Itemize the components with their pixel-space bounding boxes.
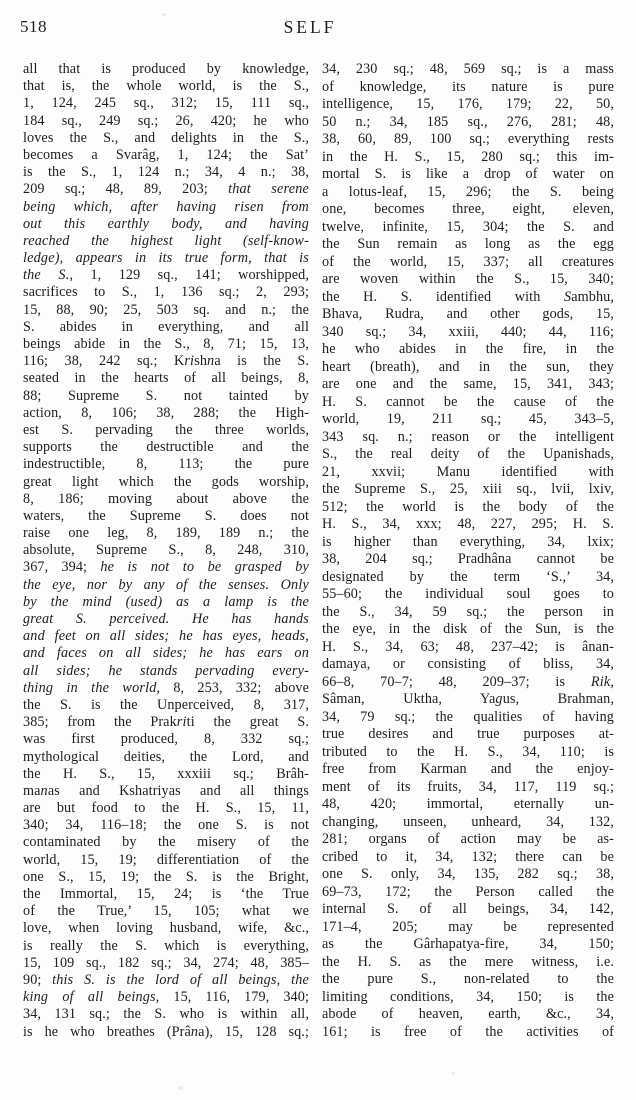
text-line: 66–8, 70–7; 48, 209–37; is Rik, (322, 674, 614, 692)
text-line: the pure S., non-related to the (322, 971, 614, 989)
text-line: abode of heaven, earth, &c., 34, (322, 1006, 614, 1024)
text-line: contaminated by the misery of the (23, 834, 309, 851)
text-line: 171–4, 205; may be represented (322, 919, 614, 937)
text-line: reached the highest light (self-know- (23, 233, 309, 250)
text-line: 385; from the Prakriti the great S. (23, 714, 309, 731)
text-line: a lotus-leaf, 15, 296; the S. being (322, 184, 614, 202)
text-line: intelligence, 15, 176, 179; 22, 50, (322, 96, 614, 114)
text-line: sacrifices to S., 1, 136 sq.; 2, 293; (23, 284, 309, 301)
text-line: 34, 131 sq.; the S. who is within all, (23, 1006, 309, 1023)
text-line: the S. is the Unperceived, 8, 317, (23, 697, 309, 714)
text-line: 161; is free of the activities of (322, 1024, 614, 1042)
text-line: was first produced, 8, 332 sq.; (23, 731, 309, 748)
text-line: 184 sq., 249 sq.; 26, 420; he who (23, 113, 309, 130)
text-line: action, 8, 106; 38, 288; the High- (23, 405, 309, 422)
text-line: raise one leg, 8, 189, 189 n.; the (23, 525, 309, 542)
text-line: 38, 60, 89, 100 sq.; everything rests (322, 131, 614, 149)
text-line: Bhava, Rudra, and other gods, 15, (322, 306, 614, 324)
text-line: king of all beings, 15, 116, 179, 340; (23, 989, 309, 1006)
text-line: limiting conditions, 34, 150; is the (322, 989, 614, 1007)
text-line: 21, xxvii; Manu identified with (322, 464, 614, 482)
text-line: 8, 186; moving about above the (23, 491, 309, 508)
text-line: 48, 420; immortal, eternally un- (322, 796, 614, 814)
text-line: the H. S. identified with Sambhu, (322, 289, 614, 307)
text-line: ledge), appears in its true form, that i… (23, 250, 309, 267)
text-line: 209 sq.; 48, 89, 203; that serene (23, 181, 309, 198)
text-line: free from Karman and the enjoy- (322, 761, 614, 779)
book-page: 518 SELF all that is produced by knowled… (0, 0, 636, 1100)
text-line: of the world, 15, 337; all creatures (322, 254, 614, 272)
text-line: all that is produced by knowledge, (23, 61, 309, 78)
text-line: 512; the world is the body of the (322, 499, 614, 517)
text-line: 1, 124, 245 sq., 312; 15, 111 sq., (23, 95, 309, 112)
text-line: the Immortal, 15, 24; is ‘the True (23, 886, 309, 903)
text-line: are but food to the H. S., 15, 11, (23, 800, 309, 817)
text-line: is really the S. which is everything, (23, 938, 309, 955)
text-line: 116; 38, 242 sq.; Krishna is the S. (23, 353, 309, 370)
text-line: S. abides in everything, and all (23, 319, 309, 336)
text-line: indestructible, 8, 113; the pure (23, 456, 309, 473)
text-line: 367, 394; he is not to be grasped by (23, 559, 309, 576)
text-line: heart (breath), and in the sun, they (322, 359, 614, 377)
text-line: 34, 230 sq.; 48, 569 sq.; is a mass (322, 61, 614, 79)
text-line: seated in the hearts of all beings, 8, (23, 370, 309, 387)
text-line: the H. S. as the mere witness, i.e. (322, 954, 614, 972)
text-line: 281; organs of action may be as- (322, 831, 614, 849)
text-line: are woven within the S., 15, 340; (322, 271, 614, 289)
text-line: internal S. of all beings, 34, 142, (322, 901, 614, 919)
text-line: becomes a Svarâg, 1, 124; the Sat’ (23, 147, 309, 164)
text-line: he who abides in the fire, in the (322, 341, 614, 359)
text-line: one S. only, 34, 135, 282 sq.; 38, (322, 866, 614, 884)
text-line: 343 sq. n.; reason or the intelligent (322, 429, 614, 447)
text-line: in the H. S., 15, 280 sq.; this im- (322, 149, 614, 167)
text-line: 50 n.; 34, 185 sq., 276, 281; 48, (322, 114, 614, 132)
text-line: out this earthly body, and having (23, 216, 309, 233)
left-column: all that is produced by knowledge,that i… (23, 61, 309, 1041)
text-line: is higher than everything, 34, lxix; (322, 534, 614, 552)
text-line: is the S., 1, 124 n.; 34, 4 n.; 38, (23, 164, 309, 181)
text-line: H. S., 34, 63; 48, 237–42; is ânan- (322, 639, 614, 657)
text-line: 340 sq.; 34, xxiii, 440; 44, 116; (322, 324, 614, 342)
text-line: the S., 1, 129 sq., 141; worshipped, (23, 267, 309, 284)
text-line: love, when loving husband, wife, &c., (23, 920, 309, 937)
text-line: as the Gârhapatya-fire, 34, 150; (322, 936, 614, 954)
text-line: S., the real deity of the Upanishads, (322, 446, 614, 464)
text-line: 88; Supreme S. not tainted by (23, 388, 309, 405)
text-line: by the mind (used) as a lamp is the (23, 594, 309, 611)
text-line: being which, after having risen from (23, 199, 309, 216)
text-line: the S., 34, 59 sq.; the person in (322, 604, 614, 622)
text-line: H. S. cannot be the cause of the (322, 394, 614, 412)
text-line: thing in the world, 8, 253, 332; above (23, 680, 309, 697)
text-line: damaya, or consisting of bliss, 34, (322, 656, 614, 674)
text-line: 34, 79 sq.; the qualities of having (322, 709, 614, 727)
text-line: 15, 109 sq., 182 sq.; 34, 274; 48, 385– (23, 955, 309, 972)
text-line: that is, the whole world, is the S., (23, 78, 309, 95)
text-line: great S. perceived. He has hands (23, 611, 309, 628)
text-line: of knowledge, its nature is pure (322, 79, 614, 97)
text-line: est S. pervading the three worlds, (23, 422, 309, 439)
text-line: are one and the same, 15, 341, 343; (322, 376, 614, 394)
text-line: mythological deities, the Lord, and (23, 749, 309, 766)
right-column: 34, 230 sq.; 48, 569 sq.; is a massof kn… (322, 61, 614, 1041)
text-line: cribed to it, 34, 132; there can be (322, 849, 614, 867)
text-line: one, becomes three, eight, eleven, (322, 201, 614, 219)
scan-speck (162, 13, 166, 16)
text-line: 38, 204 sq.; Pradhâna cannot be (322, 551, 614, 569)
text-line: tributed to the H. S., 34, 110; is (322, 744, 614, 762)
running-title: SELF (0, 17, 620, 38)
text-line: 15, 88, 90; 25, 503 sq. and n.; the (23, 302, 309, 319)
text-line: beings abide in the S., 8, 71; 15, 13, (23, 336, 309, 353)
text-line: world, 19, 211 sq.; 45, 343–5, (322, 411, 614, 429)
text-line: mortal S. is like a drop of water on (322, 166, 614, 184)
text-line: the eye, nor by any of the senses. Only (23, 577, 309, 594)
text-line: and faces on all sides; he has ears on (23, 645, 309, 662)
text-line: great light which the gods worship, (23, 474, 309, 491)
text-line: Sâman, Uktha, Yagus, Brahman, (322, 691, 614, 709)
text-line: 55–60; the individual soul goes to (322, 586, 614, 604)
text-line: the Sun remain as long as the egg (322, 236, 614, 254)
text-line: of the True,’ 15, 105; what we (23, 903, 309, 920)
text-line: one S., 15, 19; the S. is the Bright, (23, 869, 309, 886)
scan-speck (178, 1086, 183, 1090)
text-line: waters, the Supreme S. does not (23, 508, 309, 525)
text-line: supports the destructible and the (23, 439, 309, 456)
text-line: all sides; he stands pervading every- (23, 663, 309, 680)
text-line: loves the S., and delights in the S., (23, 130, 309, 147)
text-line: 69–73, 172; the Person called the (322, 884, 614, 902)
text-line: world, 15, 19; differentiation of the (23, 852, 309, 869)
scan-speck (452, 1072, 455, 1075)
text-line: H. S., 34, xxx; 48, 227, 295; H. S. (322, 516, 614, 534)
text-line: 340; 34, 116–18; the one S. is not (23, 817, 309, 834)
text-line: and feet on all sides; he has eyes, head… (23, 628, 309, 645)
text-line: the H. S., 15, xxxiii sq.; Brâh- (23, 766, 309, 783)
text-line: manas and Kshatriyas and all things (23, 783, 309, 800)
text-line: changing, unseen, unheard, 34, 132, (322, 814, 614, 832)
text-line: ment of its fruits, 34, 117, 119 sq.; (322, 779, 614, 797)
text-line: 90; this S. is the lord of all beings, t… (23, 972, 309, 989)
text-line: absolute, Supreme S., 8, 248, 310, (23, 542, 309, 559)
text-line: is he who breathes (Prâna), 15, 128 sq.; (23, 1024, 309, 1041)
text-line: the Supreme S., 25, xiii sq., lvii, lxiv… (322, 481, 614, 499)
text-line: the eye, in the disk of the Sun, is the (322, 621, 614, 639)
text-line: true desires and true purposes at- (322, 726, 614, 744)
text-line: twelve, infinite, 15, 304; the S. and (322, 219, 614, 237)
text-line: designated by the term ‘S.,’ 34, (322, 569, 614, 587)
